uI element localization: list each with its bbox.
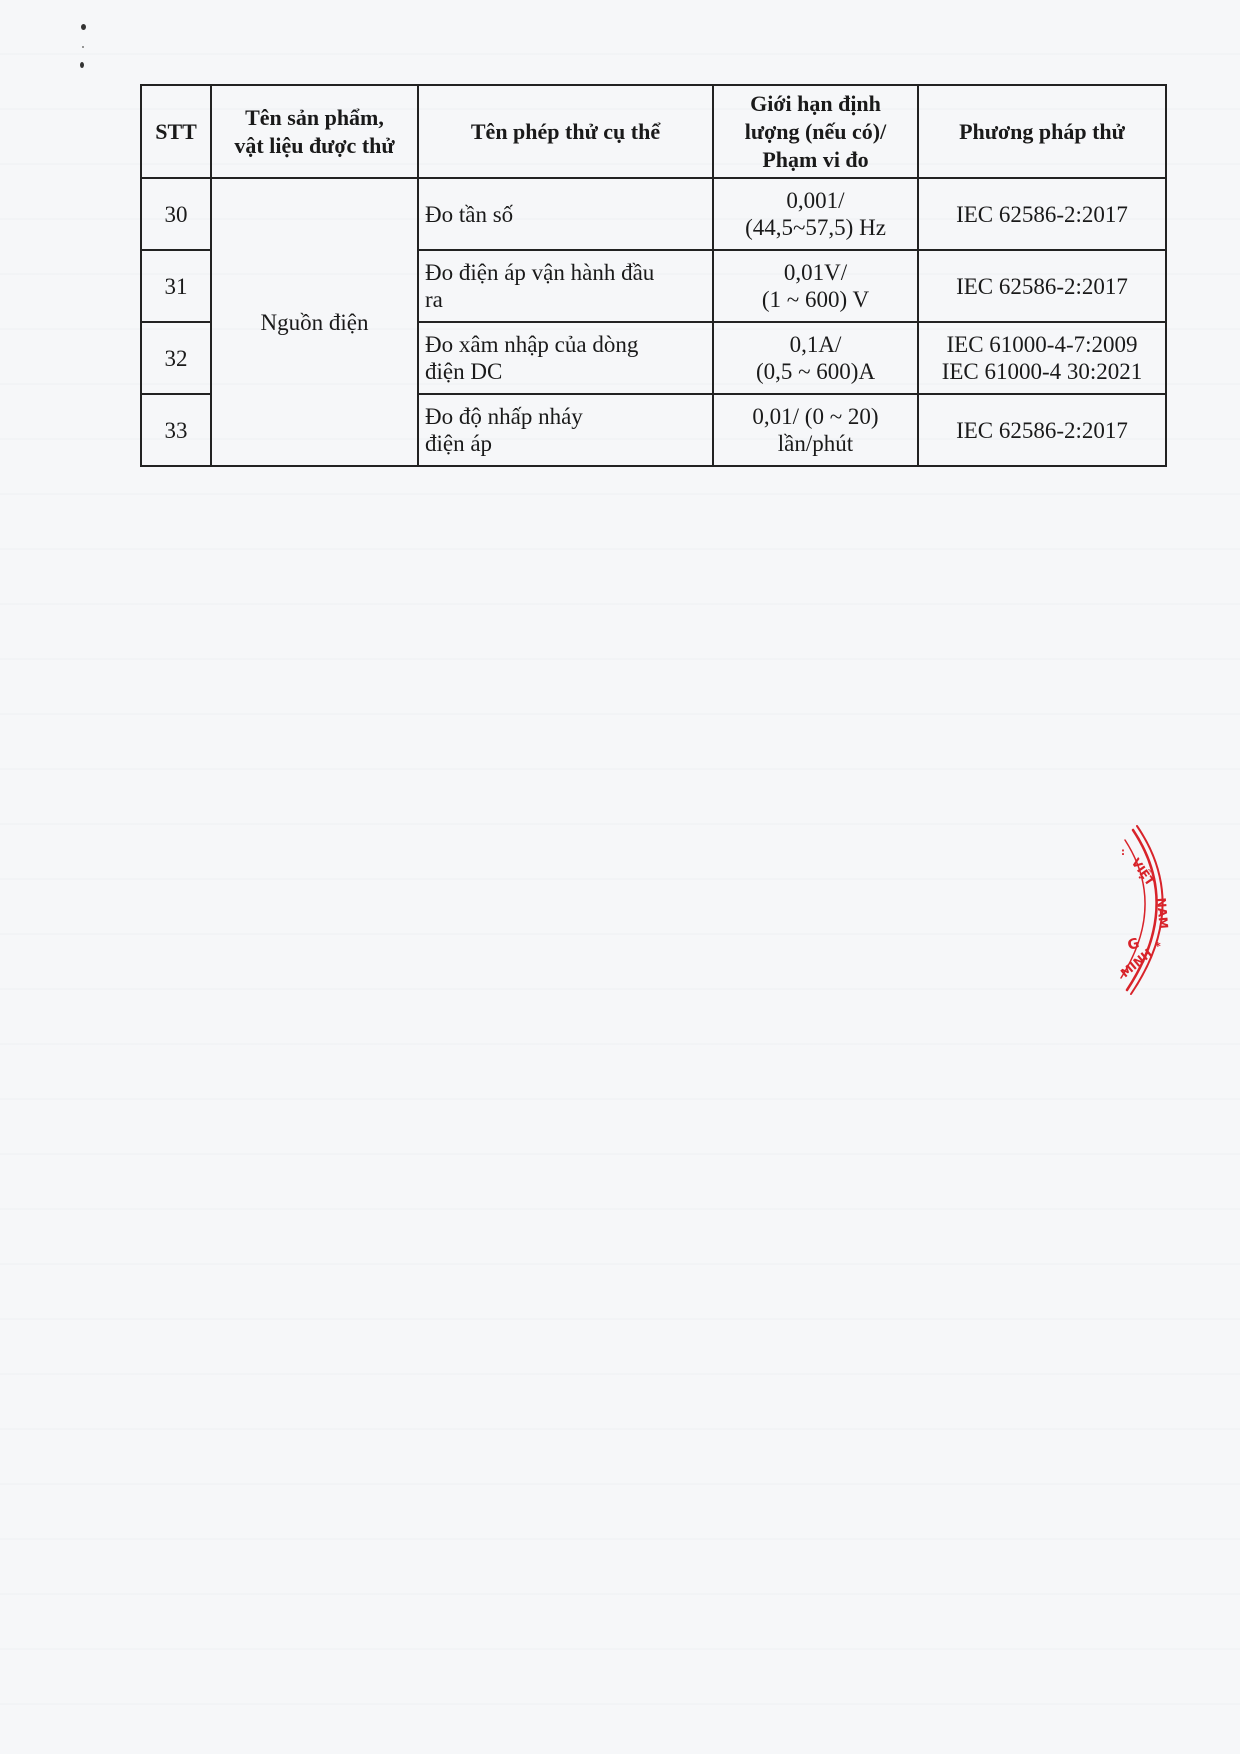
test-line2: điện áp: [425, 430, 706, 457]
row-test-name: Đo độ nhấp nháy điện áp: [418, 394, 713, 466]
scan-speck: [82, 46, 84, 48]
row-test-name: Đo điện áp vận hành đầu ra: [418, 250, 713, 322]
limit-line1: 0,01/ (0 ~ 20): [720, 403, 911, 430]
header-product-line1: Tên sản phẩm,: [218, 104, 411, 132]
table-row: 30 Nguồn điện Đo tần số 0,001/ (44,5~57,…: [141, 178, 1166, 250]
row-method: IEC 61000-4-7:2009 IEC 61000-4 30:2021: [918, 322, 1166, 394]
row-limit: 0,001/ (44,5~57,5) Hz: [713, 178, 918, 250]
table-header-row: STT Tên sản phẩm, vật liệu được thử Tên …: [141, 85, 1166, 178]
limit-line2: lần/phút: [720, 430, 911, 457]
row-test-name: Đo tần số: [418, 178, 713, 250]
row-method: IEC 62586-2:2017: [918, 178, 1166, 250]
svg-text::: :: [1121, 847, 1125, 858]
method-line1: IEC 62586-2:2017: [925, 272, 1159, 301]
scanned-page: STT Tên sản phẩm, vật liệu được thử Tên …: [0, 0, 1240, 1754]
limit-line2: (0,5 ~ 600)A: [720, 358, 911, 385]
test-line1: Đo tần số: [425, 200, 706, 229]
row-limit: 0,01/ (0 ~ 20) lần/phút: [713, 394, 918, 466]
scan-speck: [80, 62, 84, 68]
header-stt: STT: [141, 85, 211, 178]
limit-line1: 0,001/: [720, 187, 911, 214]
scan-speck: [81, 24, 86, 30]
limit-line1: 0,01V/: [720, 259, 911, 286]
method-line1: IEC 62586-2:2017: [925, 200, 1159, 229]
limit-line2: (44,5~57,5) Hz: [720, 214, 911, 241]
official-stamp-icon: VIỆT NAM G * MINH :: [1085, 800, 1195, 1010]
header-limit-line1: Giới hạn định: [720, 90, 911, 118]
row-stt: 30: [141, 178, 211, 250]
svg-text:NAM: NAM: [1154, 897, 1171, 929]
row-limit: 0,01V/ (1 ~ 600) V: [713, 250, 918, 322]
header-product-line2: vật liệu được thử: [218, 132, 411, 160]
test-line2: ra: [425, 286, 706, 313]
row-stt: 31: [141, 250, 211, 322]
test-scope-table: STT Tên sản phẩm, vật liệu được thử Tên …: [140, 84, 1167, 467]
limit-line2: (1 ~ 600) V: [720, 286, 911, 313]
header-method: Phương pháp thử: [918, 85, 1166, 178]
header-limit-line3: Phạm vi đo: [720, 146, 911, 174]
limit-line1: 0,1A/: [720, 331, 911, 358]
product-group-cell: Nguồn điện: [211, 178, 418, 466]
header-limit-line2: lượng (nếu có)/: [720, 118, 911, 146]
test-line1: Đo độ nhấp nháy: [425, 403, 706, 430]
method-line1: IEC 62586-2:2017: [925, 416, 1159, 445]
row-limit: 0,1A/ (0,5 ~ 600)A: [713, 322, 918, 394]
svg-text:*: *: [1155, 940, 1161, 953]
method-line2: IEC 61000-4 30:2021: [925, 358, 1159, 385]
row-method: IEC 62586-2:2017: [918, 394, 1166, 466]
row-stt: 33: [141, 394, 211, 466]
header-product: Tên sản phẩm, vật liệu được thử: [211, 85, 418, 178]
row-stt: 32: [141, 322, 211, 394]
method-line1: IEC 61000-4-7:2009: [925, 331, 1159, 358]
row-method: IEC 62586-2:2017: [918, 250, 1166, 322]
test-line1: Đo xâm nhập của dòng: [425, 331, 706, 358]
test-line1: Đo điện áp vận hành đầu: [425, 259, 706, 286]
row-test-name: Đo xâm nhập của dòng điện DC: [418, 322, 713, 394]
header-limit: Giới hạn định lượng (nếu có)/ Phạm vi đo: [713, 85, 918, 178]
header-test-name: Tên phép thử cụ thể: [418, 85, 713, 178]
test-line2: điện DC: [425, 358, 706, 385]
